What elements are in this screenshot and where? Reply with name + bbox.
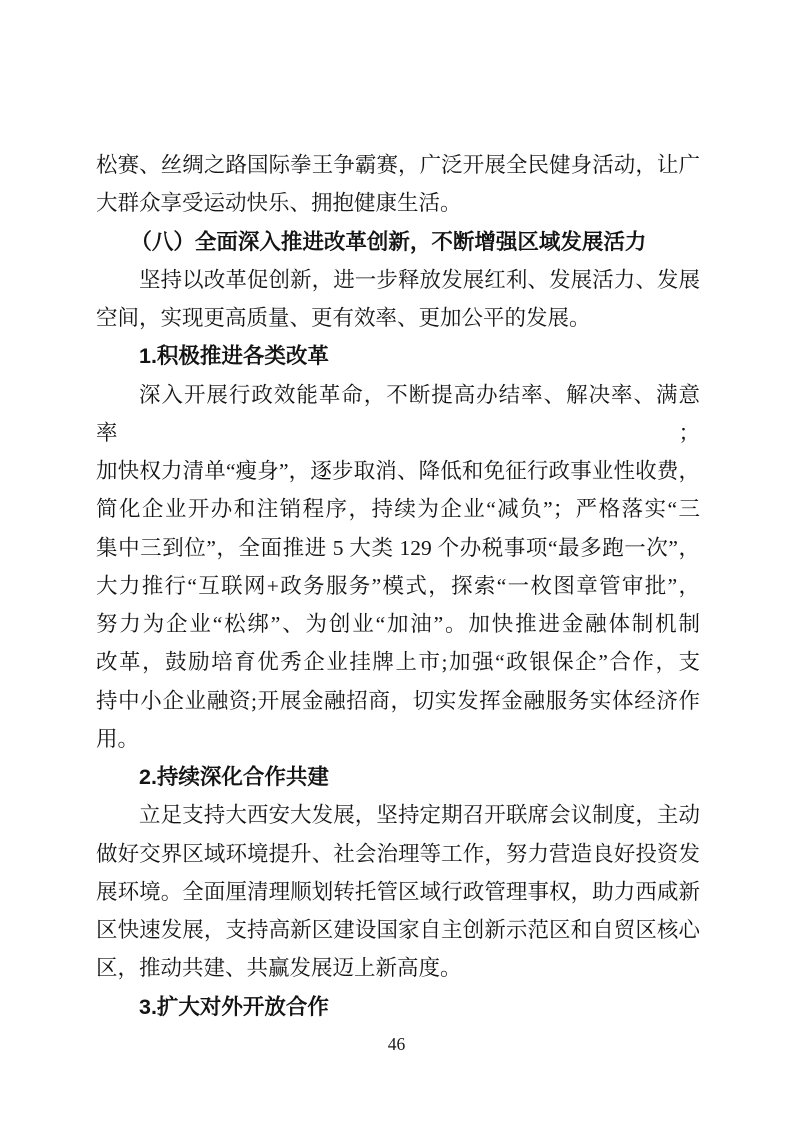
page-footer: 46 [0,1032,793,1056]
text-line: 简化企业开办和注销程序，持续为企业“减负”；严格落实“三 [96,490,700,528]
text-line: 改革，鼓励培育优秀企业挂牌上市;加强“政银保企”合作，支 [96,643,700,681]
continuation-paragraph: 松赛、丝绸之路国际拳王争霸赛，广泛开展全民健身活动，让广 大群众享受运动快乐、拥… [96,146,700,223]
text-line: 空间，实现更高质量、更有效率、更加公平的发展。 [96,299,700,337]
text-line: 集中三到位”，全面推进 5 大类 129 个办税事项“最多跑一次”， [96,529,700,567]
section-8-heading: （八）全面深入推进改革创新，不断增强区域发展活力 [96,223,700,261]
text-line: 持中小企业融资;开展金融招商，切实发挥金融服务实体经济作 [96,682,700,720]
sub-heading: 2.持续深化合作共建 [96,758,700,796]
subsection-3-heading: 3.扩大对外开放合作 [96,988,700,1026]
text-line: 大力推行“互联网+政务服务”模式，探索“一枚图章管审批”， [96,567,700,605]
section-heading: （八）全面深入推进改革创新，不断增强区域发展活力 [96,223,700,261]
text-line: 展环境。全面厘清理顺划转托管区域行政管理事权，助力西咸新 [96,873,700,911]
sub-heading: 1.积极推进各类改革 [96,337,700,375]
subsection-2-paragraph: 立足支持大西安大发展，坚持定期召开联席会议制度，主动 做好交界区域环境提升、社会… [96,796,700,987]
subsection-2-heading: 2.持续深化合作共建 [96,758,700,796]
text-line: 区快速发展，支持高新区建设国家自主创新示范区和自贸区核心 [96,911,700,949]
text-line: 坚持以改革促创新，进一步释放发展红利、发展活力、发展 [96,261,700,299]
text-line: 区，推动共建、共赢发展迈上新高度。 [96,949,700,987]
text-line: 松赛、丝绸之路国际拳王争霸赛，广泛开展全民健身活动，让广 [96,146,700,184]
document-body: 松赛、丝绸之路国际拳王争霸赛，广泛开展全民健身活动，让广 大群众享受运动快乐、拥… [96,146,700,1026]
text-line: 做好交界区域环境提升、社会治理等工作，努力营造良好投资发 [96,835,700,873]
text-line: 努力为企业“松绑”、为创业“加油”。加快推进金融体制机制 [96,605,700,643]
text-line: 加快权力清单“瘦身”，逐步取消、降低和免征行政事业性收费， [96,452,700,490]
subsection-1-paragraph: 深入开展行政效能革命，不断提高办结率、解决率、满意率； 加快权力清单“瘦身”，逐… [96,376,700,759]
text-line: 大群众享受运动快乐、拥抱健康生活。 [96,184,700,222]
text-line: 用。 [96,720,700,758]
sub-heading: 3.扩大对外开放合作 [96,988,700,1026]
page-number: 46 [0,1032,793,1056]
text-line: 立足支持大西安大发展，坚持定期召开联席会议制度，主动 [96,796,700,834]
intro-paragraph: 坚持以改革促创新，进一步释放发展红利、发展活力、发展 空间，实现更高质量、更有效… [96,261,700,338]
subsection-1-heading: 1.积极推进各类改革 [96,337,700,375]
text-line: 深入开展行政效能革命，不断提高办结率、解决率、满意率； [96,376,700,453]
